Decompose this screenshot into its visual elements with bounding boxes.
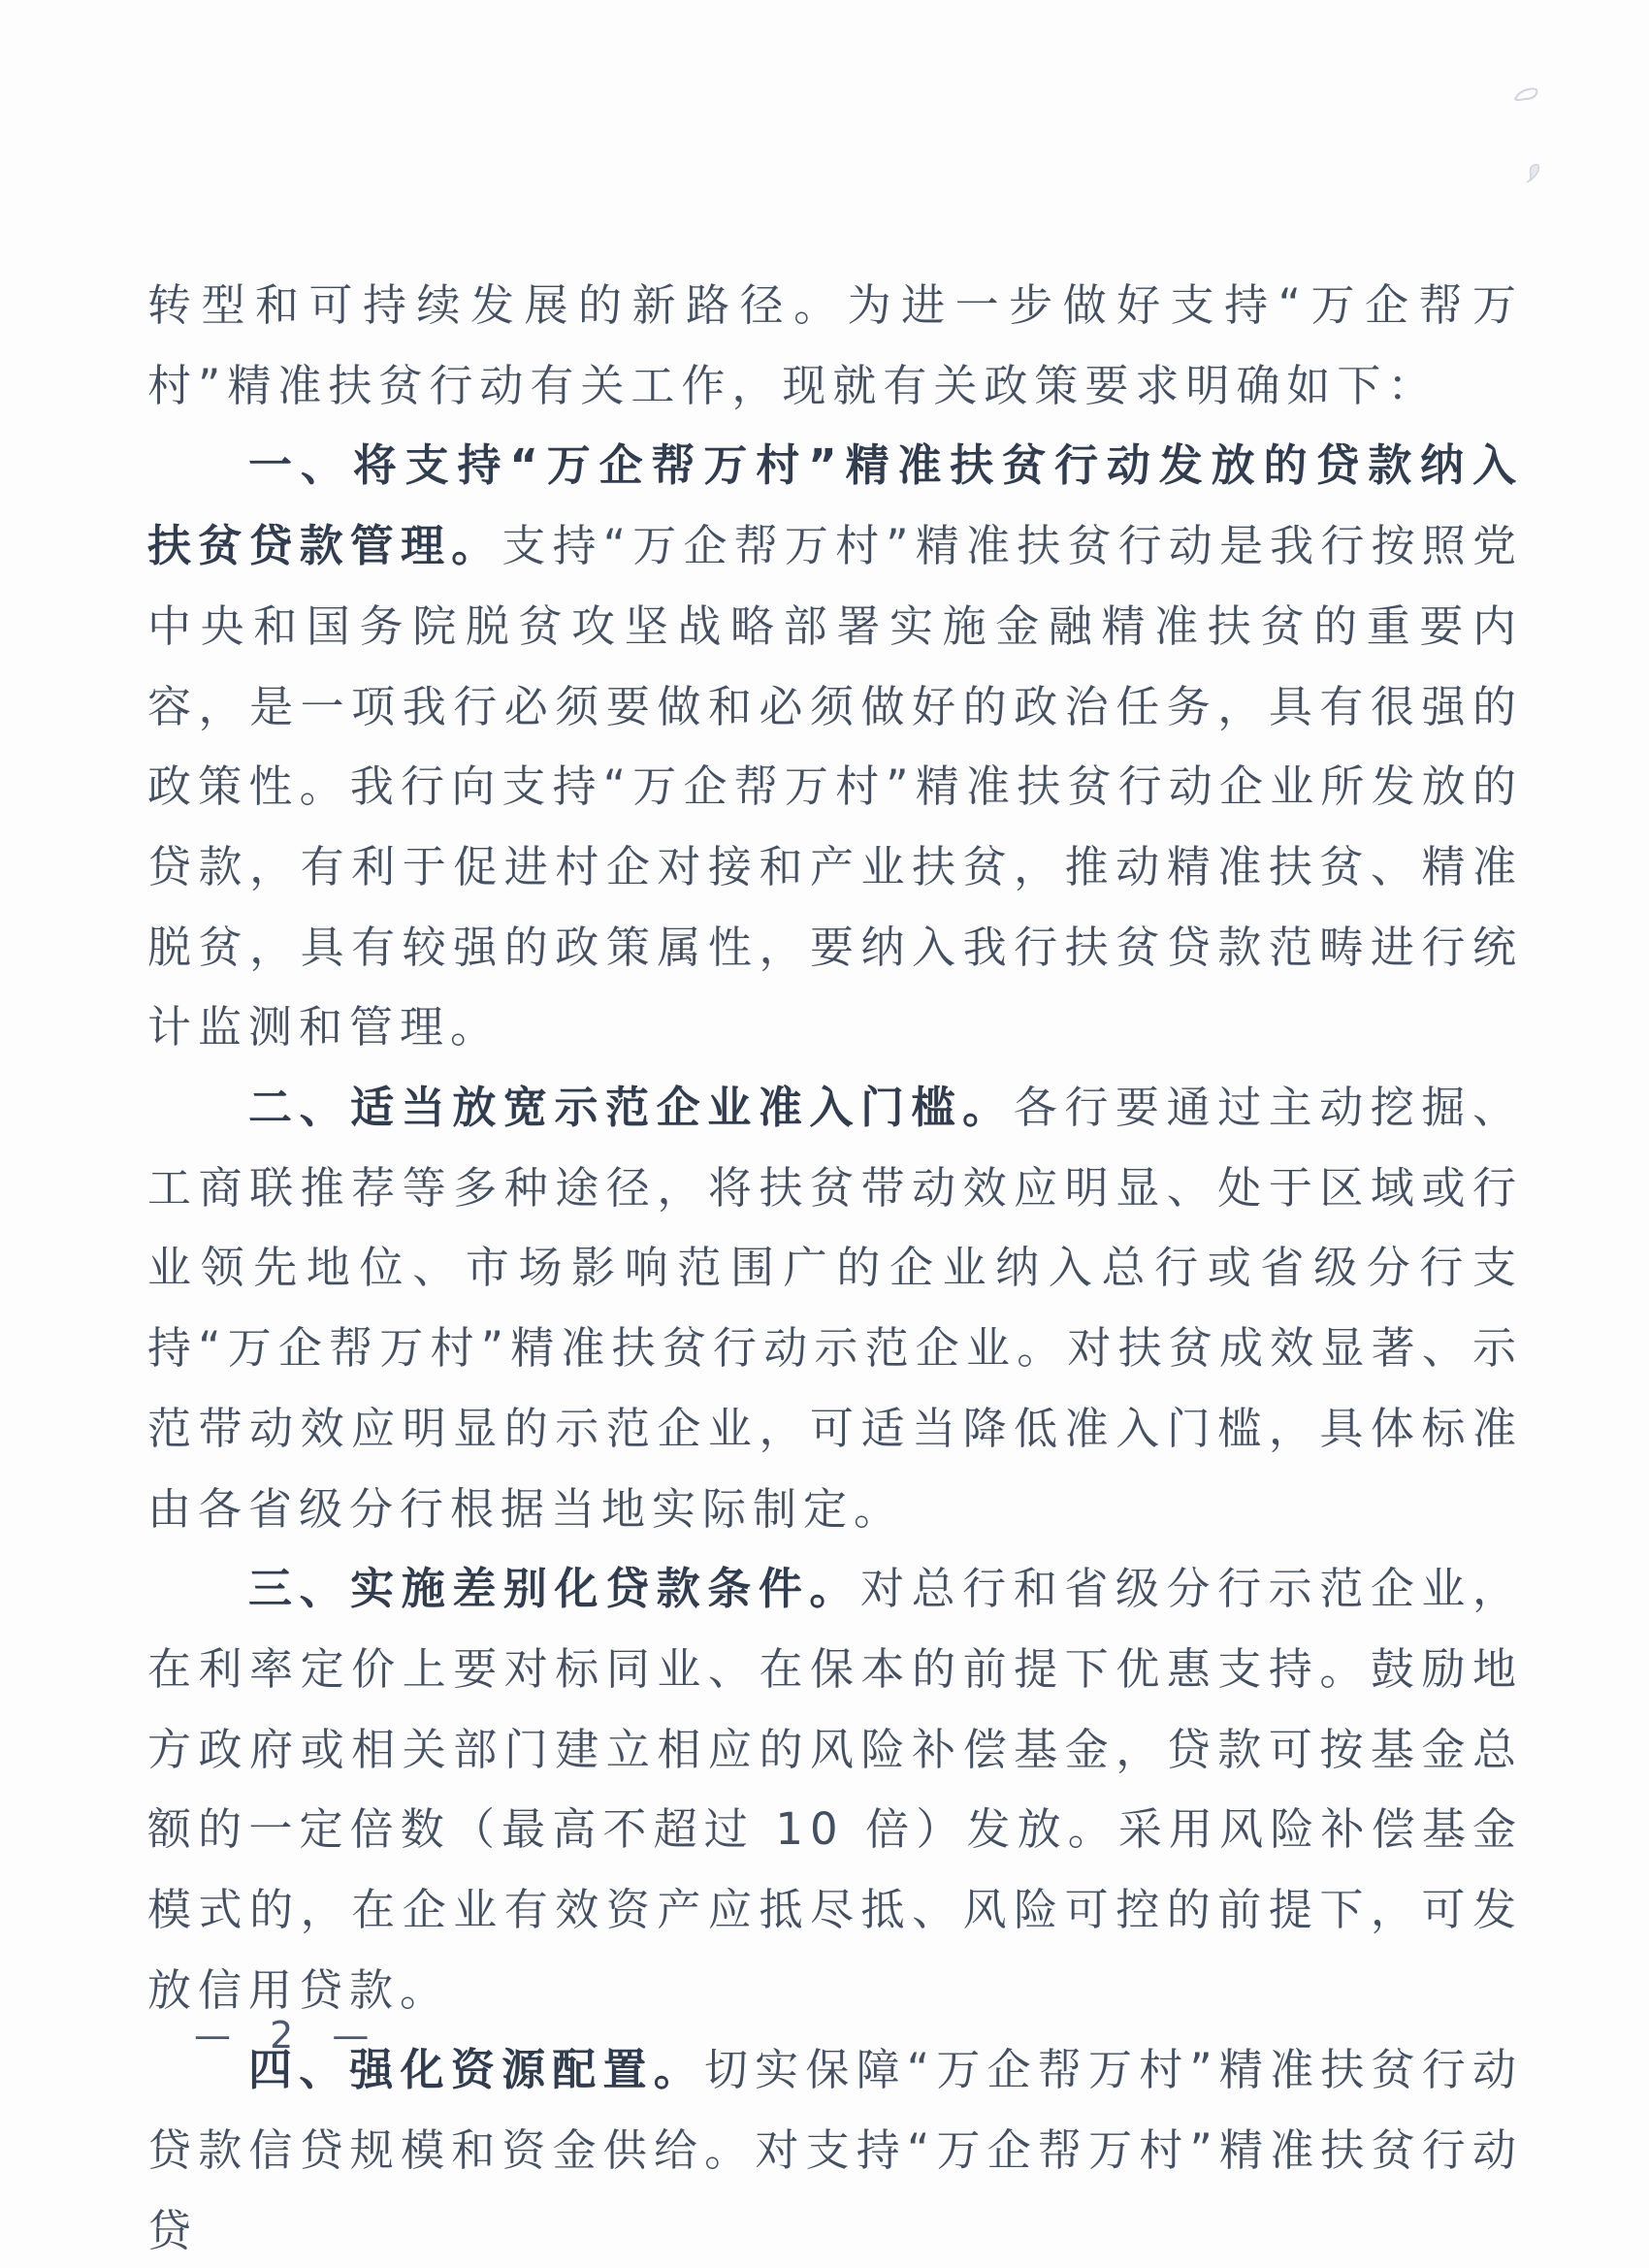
paragraph-text: 支持“万企帮万村”精准扶贫行动是我行按照党中央和国务院脱贫攻坚战略部署实施金融精… (147, 520, 1523, 1053)
document-body: 转型和可持续发展的新路径。为进一步做好支持“万企帮万村”精准扶贫行动有关工作，现… (147, 266, 1523, 2268)
paragraph-section-3: 三、实施差别化贷款条件。对总行和省级分行示范企业，在利率定价上要对标同业、在保本… (147, 1549, 1523, 2030)
paragraph-section-2: 二、适当放宽示范企业准入门槛。各行要通过主动挖掘、工商联推荐等多种途径，将扶贫带… (147, 1068, 1523, 1549)
scanned-document-page: 转型和可持续发展的新路径。为进一步做好支持“万企帮万村”精准扶贫行动有关工作，现… (0, 0, 1649, 2268)
scan-speck-bottom (1521, 153, 1550, 188)
section-3-heading: 三、实施差别化贷款条件。 (248, 1563, 860, 1614)
section-2-heading: 二、适当放宽示范企业准入门槛。 (248, 1082, 1014, 1133)
scan-speck-top (1509, 78, 1544, 107)
paragraph-text: 转型和可持续发展的新路径。为进一步做好支持“万企帮万村”精准扶贫行动有关工作，现… (147, 279, 1523, 411)
paragraph-section-1: 一、将支持“万企帮万村”精准扶贫行动发放的贷款纳入扶贫贷款管理。支持“万企帮万村… (147, 426, 1523, 1068)
paragraph-continuation: 转型和可持续发展的新路径。为进一步做好支持“万企帮万村”精准扶贫行动有关工作，现… (147, 266, 1523, 426)
paragraph-text: 各行要通过主动挖掘、工商联推荐等多种途径，将扶贫带动效应明显、处于区域或行业领先… (147, 1082, 1523, 1535)
page-number: — 2 — (194, 2014, 374, 2057)
paragraph-text: 对总行和省级分行示范企业，在利率定价上要对标同业、在保本的前提下优惠支持。鼓励地… (147, 1563, 1523, 2016)
paragraph-section-4: 四、强化资源配置。切实保障“万企帮万村”精准扶贫行动贷款信贷规模和资金供给。对支… (147, 2030, 1523, 2268)
